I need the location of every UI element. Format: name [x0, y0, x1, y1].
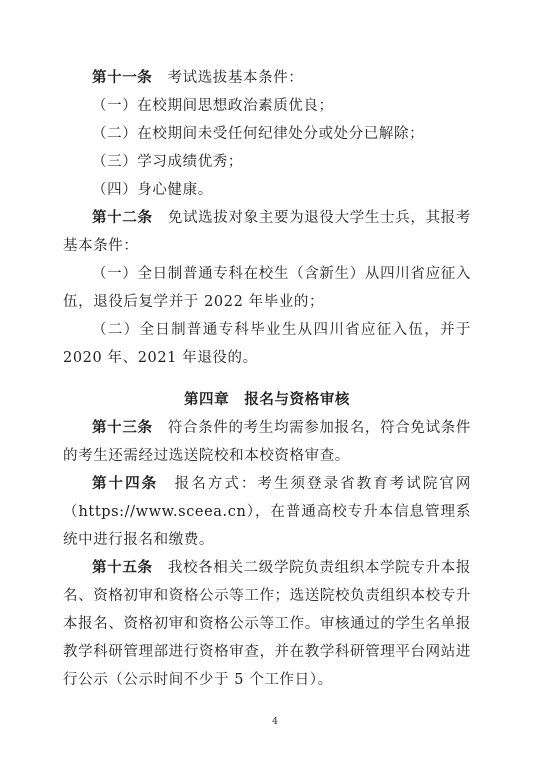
article-15-text: 我校各相关二级学院负责组织本学院专升本报名、资格初审和资格公示等工作；选送院校负…: [63, 560, 471, 688]
article-12-number: 第十二条: [92, 209, 153, 226]
article-15-paragraph: 第十五条 我校各相关二级学院负责组织本学院专升本报名、资格初审和资格公示等工作；…: [63, 554, 471, 694]
article-12-item-1: （一）全日制普通专科在校生（含新生）从四川省应征入伍，退役后复学并于 2022 …: [63, 260, 471, 316]
article-15-number: 第十五条: [92, 559, 153, 576]
article-11-paragraph: 第十一条 考试选拔基本条件：: [63, 64, 471, 92]
article-11-number: 第十一条: [92, 69, 152, 86]
item-text: （一）全日制普通专科在校生（含新生）从四川省应征入伍，退役后复学并于 2022 …: [63, 266, 471, 310]
article-11-text: 考试选拔基本条件：: [152, 70, 303, 86]
item-text: （四）身心健康。: [92, 182, 213, 198]
item-text: （二）在校期间未受任何纪律处分或处分已解除；: [92, 126, 424, 142]
article-14-paragraph: 第十四条 报名方式：考生须登录省教育考试院官网（https://www.scee…: [63, 470, 471, 554]
item-text: （二）全日制普通专科毕业生从四川省应征入伍，并于 2020 年、2021 年退役…: [63, 322, 471, 366]
article-11-item-1: （一）在校期间思想政治素质优良；: [63, 92, 471, 120]
chapter-heading: 第四章 报名与资格审核: [63, 386, 471, 414]
article-11-item-2: （二）在校期间未受任何纪律处分或处分已解除；: [63, 120, 471, 148]
document-page: 第十一条 考试选拔基本条件： （一）在校期间思想政治素质优良； （二）在校期间未…: [0, 0, 550, 777]
item-text: （一）在校期间思想政治素质优良；: [92, 98, 334, 114]
page-number: 4: [0, 716, 550, 727]
article-14-number: 第十四条: [92, 475, 158, 492]
article-12-paragraph: 第十二条 免试选拔对象主要为退役大学生士兵，其报考基本条件：: [63, 204, 471, 260]
article-13-number: 第十三条: [92, 419, 153, 436]
article-11-item-4: （四）身心健康。: [63, 176, 471, 204]
article-11-item-3: （三）学习成绩优秀；: [63, 148, 471, 176]
article-12-item-2: （二）全日制普通专科毕业生从四川省应征入伍，并于 2020 年、2021 年退役…: [63, 316, 471, 372]
item-text: （三）学习成绩优秀；: [92, 154, 243, 170]
article-13-paragraph: 第十三条 符合条件的考生均需参加报名，符合免试条件的考生还需经过选送院校和本校资…: [63, 414, 471, 470]
